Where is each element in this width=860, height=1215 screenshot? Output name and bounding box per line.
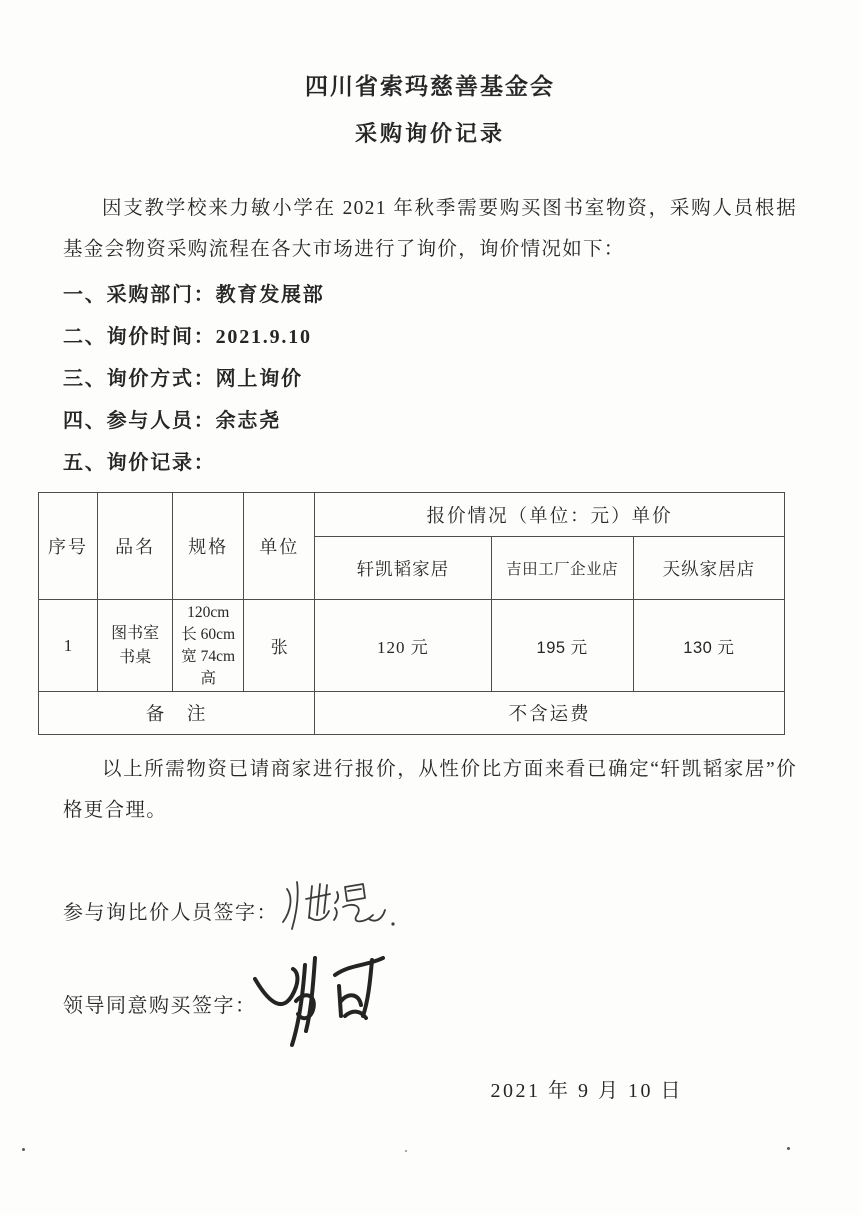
conclusion-paragraph: 以上所需物资已请商家进行报价，从性价比方面来看已确定“轩凯韬家居”价格更合理。 bbox=[63, 749, 797, 831]
cell-remark-value: 不含运费 bbox=[315, 692, 785, 735]
cell-quote-tianzong: 130 元 bbox=[633, 600, 784, 692]
item-value: 网上询价 bbox=[216, 368, 303, 390]
cell-item-name: 图书室 书桌 bbox=[98, 600, 173, 692]
header-vendor-jitian: 吉田工厂企业店 bbox=[491, 537, 633, 600]
list-item-participants: 四、参与人员：余志尧 bbox=[63, 400, 797, 442]
cell-quote-xuankaitao: 120 元 bbox=[315, 600, 491, 692]
header-name: 品名 bbox=[98, 493, 173, 600]
cell-quote-jitian: 195 元 bbox=[491, 600, 633, 692]
item-label: 四、参与人员： bbox=[63, 410, 216, 432]
table-row: 1 图书室 书桌 120cm 长 60cm 宽 74cm 高 张 120 元 1… bbox=[39, 600, 785, 692]
item-value: 余志尧 bbox=[216, 410, 281, 432]
cell-seq: 1 bbox=[39, 600, 98, 692]
leader-signature-label: 领导同意购买签字： bbox=[63, 989, 257, 1018]
header-vendor-xuankaitao: 轩凯韬家居 bbox=[315, 537, 491, 600]
participant-signature-handwriting bbox=[280, 877, 430, 935]
document-title: 四川省索玛慈善基金会 bbox=[0, 72, 860, 102]
header-vendor-tianzong: 天纵家居店 bbox=[633, 537, 784, 600]
list-item-inquiry-method: 三、询价方式：网上询价 bbox=[63, 358, 797, 400]
cell-remark-label: 备 注 bbox=[39, 692, 315, 735]
scanned-document-page: 四川省索玛慈善基金会 采购询价记录 因支教学校来力敏小学在 2021 年秋季需要… bbox=[0, 0, 860, 1215]
item-label: 三、询价方式： bbox=[63, 368, 216, 390]
cell-unit: 张 bbox=[244, 600, 315, 692]
participant-signature-row: 参与询比价人员签字： bbox=[63, 877, 860, 935]
header-spec: 规格 bbox=[173, 493, 244, 600]
scan-speck bbox=[405, 1150, 407, 1152]
quote-comparison-table: 序号 品名 规格 单位 报价情况（单位：元）单价 轩凯韬家居 吉田工厂企业店 天… bbox=[38, 492, 785, 735]
item-value: 教育发展部 bbox=[216, 284, 325, 306]
item-label: 五、询价记录： bbox=[63, 452, 216, 474]
document-subtitle: 采购询价记录 bbox=[0, 120, 860, 148]
list-item-inquiry-date: 二、询价时间：2021.9.10 bbox=[63, 316, 797, 358]
leader-signature-handwriting bbox=[253, 953, 403, 1053]
document-date: 2021 年 9 月 10 日 bbox=[0, 1077, 860, 1105]
item-value: 2021.9.10 bbox=[216, 326, 312, 348]
header-seq: 序号 bbox=[39, 493, 98, 600]
header-unit: 单位 bbox=[244, 493, 315, 600]
item-label: 一、采购部门： bbox=[63, 284, 216, 306]
list-item-department: 一、采购部门：教育发展部 bbox=[63, 274, 797, 316]
list-item-inquiry-record: 五、询价记录： bbox=[63, 442, 797, 484]
participant-signature-label: 参与询比价人员签字： bbox=[63, 896, 278, 925]
scan-speck bbox=[787, 1147, 790, 1150]
header-quote-group: 报价情况（单位：元）单价 bbox=[315, 493, 785, 537]
leader-signature-row: 领导同意购买签字： bbox=[63, 953, 860, 1053]
inquiry-info-list: 一、采购部门：教育发展部 二、询价时间：2021.9.10 三、询价方式：网上询… bbox=[63, 274, 797, 484]
cell-spec: 120cm 长 60cm 宽 74cm 高 bbox=[173, 600, 244, 692]
item-label: 二、询价时间： bbox=[63, 326, 216, 348]
intro-paragraph: 因支教学校来力敏小学在 2021 年秋季需要购买图书室物资，采购人员根据基金会物… bbox=[63, 188, 797, 270]
scan-speck bbox=[22, 1148, 25, 1151]
